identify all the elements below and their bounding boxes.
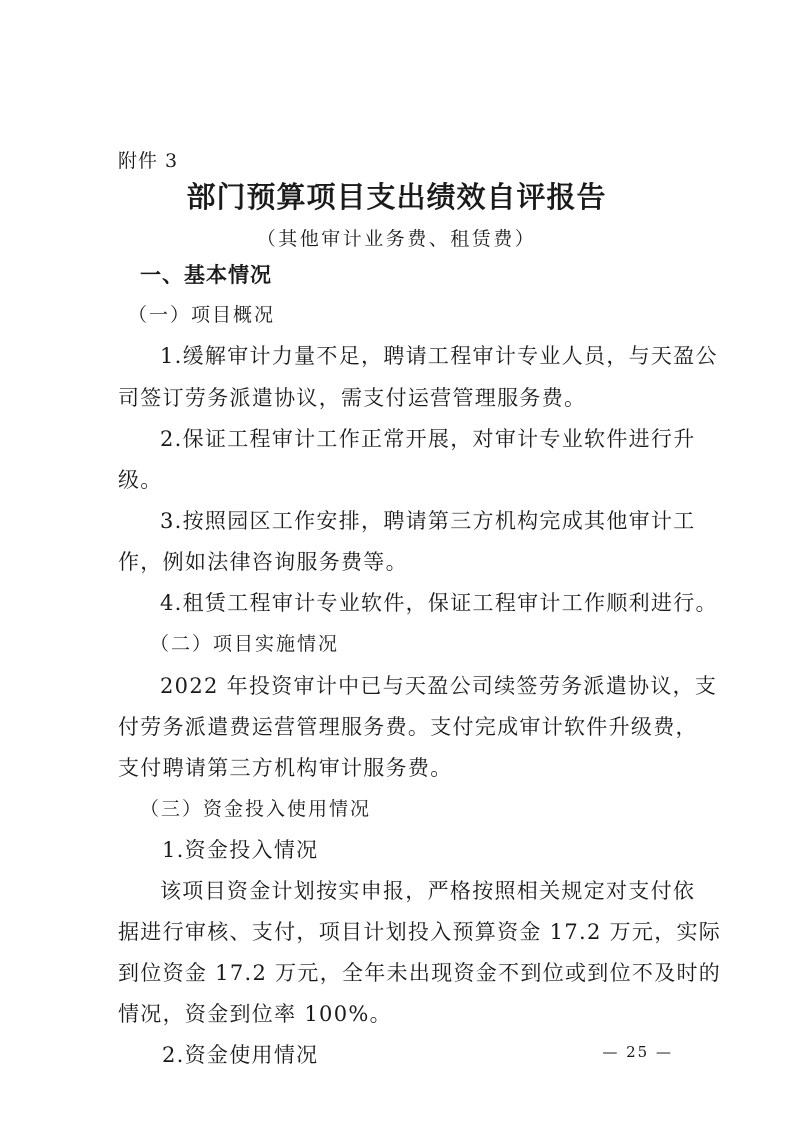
section-heading-basic-info: 一、基本情况 — [140, 262, 272, 288]
document-page: 附件 3 部门预算项目支出绩效自评报告 （其他审计业务费、租赁费） 一、基本情况… — [0, 0, 793, 1122]
paragraph-line: 3.按照园区工作安排，聘请第三方机构完成其他审计工 — [160, 508, 696, 534]
paragraph-line: 司签订劳务派遣协议，需支付运营管理服务费。 — [118, 385, 586, 411]
paragraph-line: 到位资金 17.2 万元，全年未出现资金不到位或到位不及时的 — [118, 960, 721, 986]
subsection-heading-project-overview: （一）项目概况 — [128, 302, 275, 328]
paragraph-line: 4.租赁工程审计专业软件，保证工程审计工作顺利进行。 — [160, 590, 718, 616]
paragraph-line: 情况，资金到位率 100%。 — [118, 1001, 392, 1027]
page-number: — 25 — — [0, 1043, 793, 1061]
subsection-heading-funding: （三）资金投入使用情况 — [140, 796, 371, 822]
paragraph-line: 2022 年投资审计中已与天盈公司续签劳务派遣协议，支 — [160, 673, 717, 699]
document-title: 部门预算项目支出绩效自评报告 — [0, 180, 793, 214]
paragraph-line: 1.缓解审计力量不足，聘请工程审计专业人员，与天盈公 — [160, 343, 718, 369]
paragraph-heading-fund-input: 1.资金投入情况 — [162, 837, 318, 863]
paragraph-line: 据进行审核、支付，项目计划投入预算资金 17.2 万元，实际 — [118, 919, 721, 945]
document-subtitle: （其他审计业务费、租赁费） — [0, 226, 793, 252]
attachment-label: 附件 3 — [118, 148, 178, 174]
paragraph-line: 支付聘请第三方机构审计服务费。 — [118, 755, 453, 781]
paragraph-line: 级。 — [118, 467, 163, 493]
paragraph-line: 作，例如法律咨询服务费等。 — [118, 549, 408, 575]
paragraph-line: 2.保证工程审计工作正常开展，对审计专业软件进行升 — [160, 426, 696, 452]
paragraph-line: 付劳务派遣费运营管理服务费。支付完成审计软件升级费， — [118, 714, 698, 740]
subsection-heading-implementation: （二）项目实施情况 — [150, 631, 339, 657]
paragraph-line: 该项目资金计划按实申报，严格按照相关规定对支付依 — [160, 878, 695, 904]
